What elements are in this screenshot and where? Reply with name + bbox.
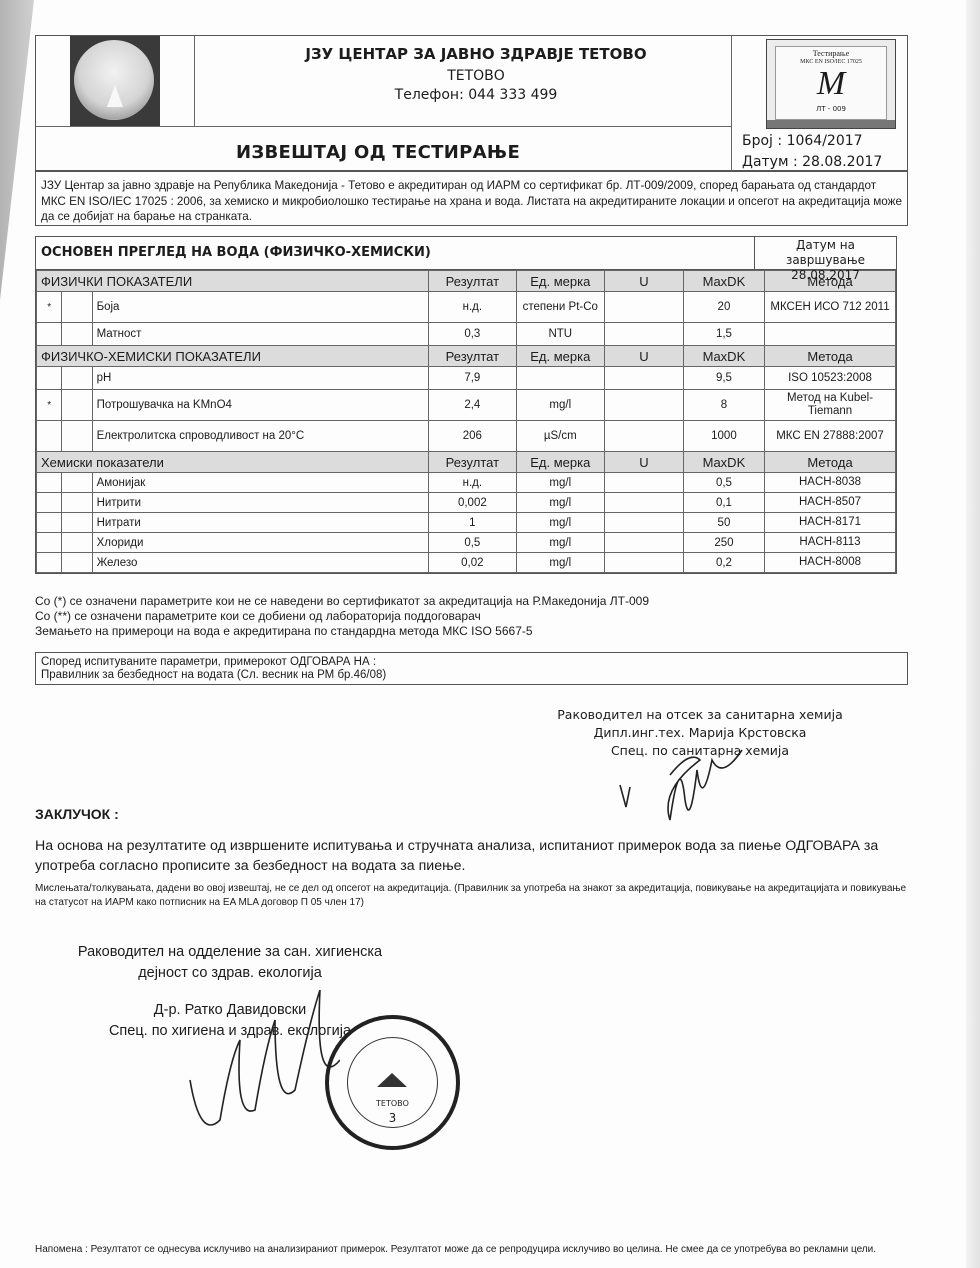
- compliance-line2: Правилник за безбедност на водата (Сл. в…: [41, 669, 902, 682]
- page-fold-shadow: [0, 0, 34, 300]
- spacer-cell: [62, 493, 92, 513]
- table-row: Нитрати1mg/l50HACH-8171: [37, 513, 896, 533]
- compliance-box: Според испитуваните параметри, примероко…: [35, 652, 908, 685]
- report-title: ИЗВЕШТАЈ ОД ТЕСТИРАЊЕ: [236, 142, 520, 163]
- column-u: U: [604, 346, 683, 367]
- table-row: Железо0,02mg/l0,2HACH-8008: [37, 553, 896, 573]
- uncertainty-value: [604, 533, 683, 553]
- column-unit: Ед. мерка: [516, 271, 604, 292]
- uncertainty-value: [604, 292, 683, 323]
- stamp-city: ТЕТОВО: [329, 1099, 456, 1108]
- note-double-asterisk: Со (**) се означени параметрите кои се д…: [35, 609, 649, 624]
- report-header: ЈЗУ ЦЕНТАР ЗА ЈАВНО ЗДРАВЈЕ ТЕТОВО ТЕТОВ…: [35, 35, 908, 171]
- parameter-name: Железо: [92, 553, 428, 573]
- accreditation-mark: [37, 493, 62, 513]
- column-result: Резултат: [429, 271, 517, 292]
- unit-value: µS/cm: [516, 421, 604, 452]
- result-value: 2,4: [429, 390, 517, 421]
- column-maxdk: MaxDK: [683, 346, 764, 367]
- accreditation-mark: [37, 421, 62, 452]
- section-title: ФИЗИЧКО-ХЕМИСКИ ПОКАЗАТЕЛИ: [37, 346, 429, 367]
- accreditation-mark: [37, 553, 62, 573]
- section-header-row: ФИЗИЧКО-ХЕМИСКИ ПОКАЗАТЕЛИРезултатЕд. ме…: [37, 346, 896, 367]
- maxdk-value: 0,5: [683, 473, 764, 493]
- divider: [194, 36, 195, 126]
- result-value: 0,3: [429, 323, 517, 346]
- badge-bar: [767, 120, 895, 128]
- completion-date-cell: Датум на завршување 28.08.2017: [754, 237, 896, 269]
- result-value: 0,5: [429, 533, 517, 553]
- accreditation-mark: [37, 533, 62, 553]
- table-row: pH7,99,5ISO 10523:2008: [37, 367, 896, 390]
- parameter-name: Матност: [92, 323, 428, 346]
- institute-logo: [70, 36, 160, 126]
- signature-scribble-icon: [610, 735, 770, 845]
- method-value: МКС EN 27888:2007: [765, 421, 896, 452]
- method-value: HACH-8113: [765, 533, 896, 553]
- column-method: Метода: [765, 346, 896, 367]
- opinion-disclaimer: Мислењата/толкувањата, дадени во овој из…: [35, 882, 915, 910]
- badge-code: ЛТ - 009: [776, 105, 886, 113]
- table-row: Хлориди0,5mg/l250HACH-8113: [37, 533, 896, 553]
- report-number: Број : 1064/2017: [742, 133, 863, 149]
- parameter-name: pH: [92, 367, 428, 390]
- spacer-cell: [62, 421, 92, 452]
- unit-value: mg/l: [516, 533, 604, 553]
- note-single-asterisk: Со (*) се означени параметрите кои не се…: [35, 594, 649, 609]
- uncertainty-value: [604, 367, 683, 390]
- method-value: HACH-8507: [765, 493, 896, 513]
- signer-role: Раководител на отсек за санитарна хемија: [520, 706, 880, 724]
- column-unit: Ед. мерка: [516, 346, 604, 367]
- method-value: МКСЕН ИСО 712 2011: [765, 292, 896, 323]
- table-title: ОСНОВЕН ПРЕГЛЕД НА ВОДА (ФИЗИЧКО-ХЕМИСКИ…: [41, 245, 431, 260]
- section-title: Хемиски показатели: [37, 452, 429, 473]
- uncertainty-value: [604, 473, 683, 493]
- spacer-cell: [62, 367, 92, 390]
- spacer-cell: [62, 473, 92, 493]
- spacer-cell: [62, 533, 92, 553]
- conclusion-heading: ЗАКЛУЧОК :: [35, 806, 119, 822]
- organization-name: ЈЗУ ЦЕНТАР ЗА ЈАВНО ЗДРАВЈЕ ТЕТОВО: [276, 45, 676, 63]
- column-result: Резултат: [429, 346, 517, 367]
- accreditation-mark: [37, 323, 62, 346]
- result-value: 0,002: [429, 493, 517, 513]
- stamp-number: 3: [329, 1111, 456, 1125]
- spacer-cell: [62, 513, 92, 533]
- parameter-name: Амонијак: [92, 473, 428, 493]
- signer-role-line1: Раководител на одделение за сан. хигиенс…: [40, 942, 420, 963]
- maxdk-value: 0,2: [683, 553, 764, 573]
- unit-value: NTU: [516, 323, 604, 346]
- maxdk-value: 9,5: [683, 367, 764, 390]
- accreditation-mark: [37, 513, 62, 533]
- result-value: 0,02: [429, 553, 517, 573]
- emblem-icon: [74, 40, 154, 120]
- parameter-name: Потрошувачка на KMnO4: [92, 390, 428, 421]
- uncertainty-value: [604, 390, 683, 421]
- method-value: Метод на Kubel-Tiemann: [765, 390, 896, 421]
- accreditation-badge: Тестирање МКС EN ISO/IEC 17025 M ЛТ - 00…: [766, 39, 896, 129]
- accreditation-statement: ЈЗУ Центар за јавно здравје на Република…: [35, 171, 908, 226]
- unit-value: mg/l: [516, 493, 604, 513]
- divider: [36, 126, 731, 127]
- unit-value: mg/l: [516, 390, 604, 421]
- maxdk-value: 1000: [683, 421, 764, 452]
- table-row: Нитрити0,002mg/l0,1HACH-8507: [37, 493, 896, 513]
- completion-label: Датум на завршување: [755, 238, 896, 268]
- notes: Со (*) се означени параметрите кои не се…: [35, 594, 649, 639]
- maxdk-value: 0,1: [683, 493, 764, 513]
- maxdk-value: 20: [683, 292, 764, 323]
- table-row: Електролитска спроводливост на 20°C206µS…: [37, 421, 896, 452]
- official-stamp: ТЕТОВО 3: [325, 1015, 460, 1150]
- table-title-bar: ОСНОВЕН ПРЕГЛЕД НА ВОДА (ФИЗИЧКО-ХЕМИСКИ…: [36, 237, 896, 270]
- parameter-name: Електролитска спроводливост на 20°C: [92, 421, 428, 452]
- method-value: ISO 10523:2008: [765, 367, 896, 390]
- column-u: U: [604, 452, 683, 473]
- column-maxdk: MaxDK: [683, 452, 764, 473]
- stamp-emblem-icon: [329, 1019, 456, 1146]
- result-value: 206: [429, 421, 517, 452]
- column-maxdk: MaxDK: [683, 271, 764, 292]
- table-row: Амонијакн.д.mg/l0,5HACH-8038: [37, 473, 896, 493]
- uncertainty-value: [604, 513, 683, 533]
- report-date: Датум : 28.08.2017: [742, 154, 882, 170]
- maxdk-value: 1,5: [683, 323, 764, 346]
- results-grid: ФИЗИЧКИ ПОКАЗАТЕЛИРезултатЕд. меркаUMaxD…: [36, 270, 896, 573]
- maxdk-value: 8: [683, 390, 764, 421]
- signature-block-hygiene: Раководител на одделение за сан. хигиенс…: [40, 942, 420, 984]
- accreditation-mark: *: [37, 292, 62, 323]
- organization-city: ТЕТОВО: [276, 68, 676, 84]
- maxdk-value: 50: [683, 513, 764, 533]
- accreditation-mark: *: [37, 390, 62, 421]
- unit-value: mg/l: [516, 513, 604, 533]
- column-method: Метода: [765, 452, 896, 473]
- column-unit: Ед. мерка: [516, 452, 604, 473]
- note-sampling: Земањето на примероци на вода е акредити…: [35, 624, 649, 639]
- result-value: н.д.: [429, 292, 517, 323]
- completion-date: 28.08.2017: [755, 268, 896, 283]
- uncertainty-value: [604, 553, 683, 573]
- unit-value: mg/l: [516, 473, 604, 493]
- unit-value: степени Pt-Co: [516, 292, 604, 323]
- result-value: 7,9: [429, 367, 517, 390]
- spacer-cell: [62, 292, 92, 323]
- accreditation-mark-icon: M: [776, 65, 886, 103]
- result-value: 1: [429, 513, 517, 533]
- uncertainty-value: [604, 493, 683, 513]
- divider: [731, 36, 732, 171]
- signer-role-line2: дејност со здрав. екологија: [40, 963, 420, 984]
- section-title: ФИЗИЧКИ ПОКАЗАТЕЛИ: [37, 271, 429, 292]
- compliance-line1: Според испитуваните параметри, примероко…: [41, 656, 902, 669]
- maxdk-value: 250: [683, 533, 764, 553]
- method-value: HACH-8008: [765, 553, 896, 573]
- result-value: н.д.: [429, 473, 517, 493]
- parameter-name: Нитрати: [92, 513, 428, 533]
- accreditation-mark: [37, 473, 62, 493]
- parameter-name: Нитрити: [92, 493, 428, 513]
- spacer-cell: [62, 323, 92, 346]
- method-value: [765, 323, 896, 346]
- signature-scribble-icon: [170, 990, 340, 1150]
- conclusion-text: На основа на резултатите од извршените и…: [35, 836, 915, 876]
- unit-value: [516, 367, 604, 390]
- table-row: *Потрошувачка на KMnO42,4mg/l8Метод на K…: [37, 390, 896, 421]
- uncertainty-value: [604, 323, 683, 346]
- table-row: *Бојан.д.степени Pt-Co20МКСЕН ИСО 712 20…: [37, 292, 896, 323]
- spacer-cell: [62, 390, 92, 421]
- page-edge-shadow: [966, 0, 980, 1268]
- organization-phone: Телефон: 044 333 499: [276, 87, 676, 103]
- accreditation-mark: [37, 367, 62, 390]
- method-value: HACH-8038: [765, 473, 896, 493]
- table-row: Матност0,3NTU1,5: [37, 323, 896, 346]
- unit-value: mg/l: [516, 553, 604, 573]
- section-header-row: Хемиски показателиРезултатЕд. меркаUMaxD…: [37, 452, 896, 473]
- method-value: HACH-8171: [765, 513, 896, 533]
- badge-line1: Тестирање: [776, 49, 886, 58]
- column-result: Резултат: [429, 452, 517, 473]
- footer-note: Напомена : Резултатот се однесува исклуч…: [35, 1243, 915, 1257]
- column-u: U: [604, 271, 683, 292]
- uncertainty-value: [604, 421, 683, 452]
- parameter-name: Хлориди: [92, 533, 428, 553]
- results-table: ОСНОВЕН ПРЕГЛЕД НА ВОДА (ФИЗИЧКО-ХЕМИСКИ…: [35, 236, 897, 574]
- spacer-cell: [62, 553, 92, 573]
- parameter-name: Боја: [92, 292, 428, 323]
